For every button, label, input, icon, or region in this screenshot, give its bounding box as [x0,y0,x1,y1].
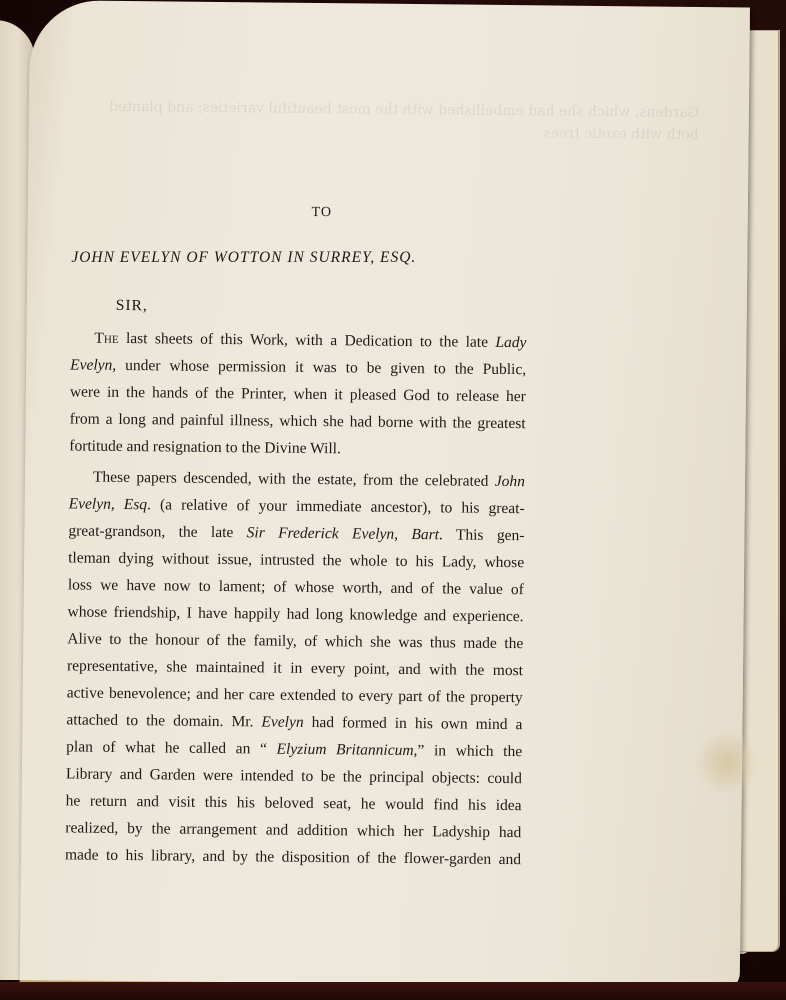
text-line: made to his library, and by the disposit… [65,841,521,873]
foxing-stain [692,732,763,793]
text-line: fortitude and resignation to the Divine … [69,432,525,464]
paragraph-1: The last sheets of this Work, with a Ded… [69,324,526,464]
table-foreground [0,982,786,1000]
dedication-text: TO JOHN EVELYN OF WOTTON IN SURREY, ESQ.… [65,202,542,873]
salutation: SIR, [116,297,541,319]
paragraph-2: These papers descended, with the estate,… [65,463,525,873]
book-page: Gardens, which she had embellished with … [20,0,750,989]
addressee-heading: JOHN EVELYN OF WOTTON IN SURREY, ESQ. [71,249,591,267]
